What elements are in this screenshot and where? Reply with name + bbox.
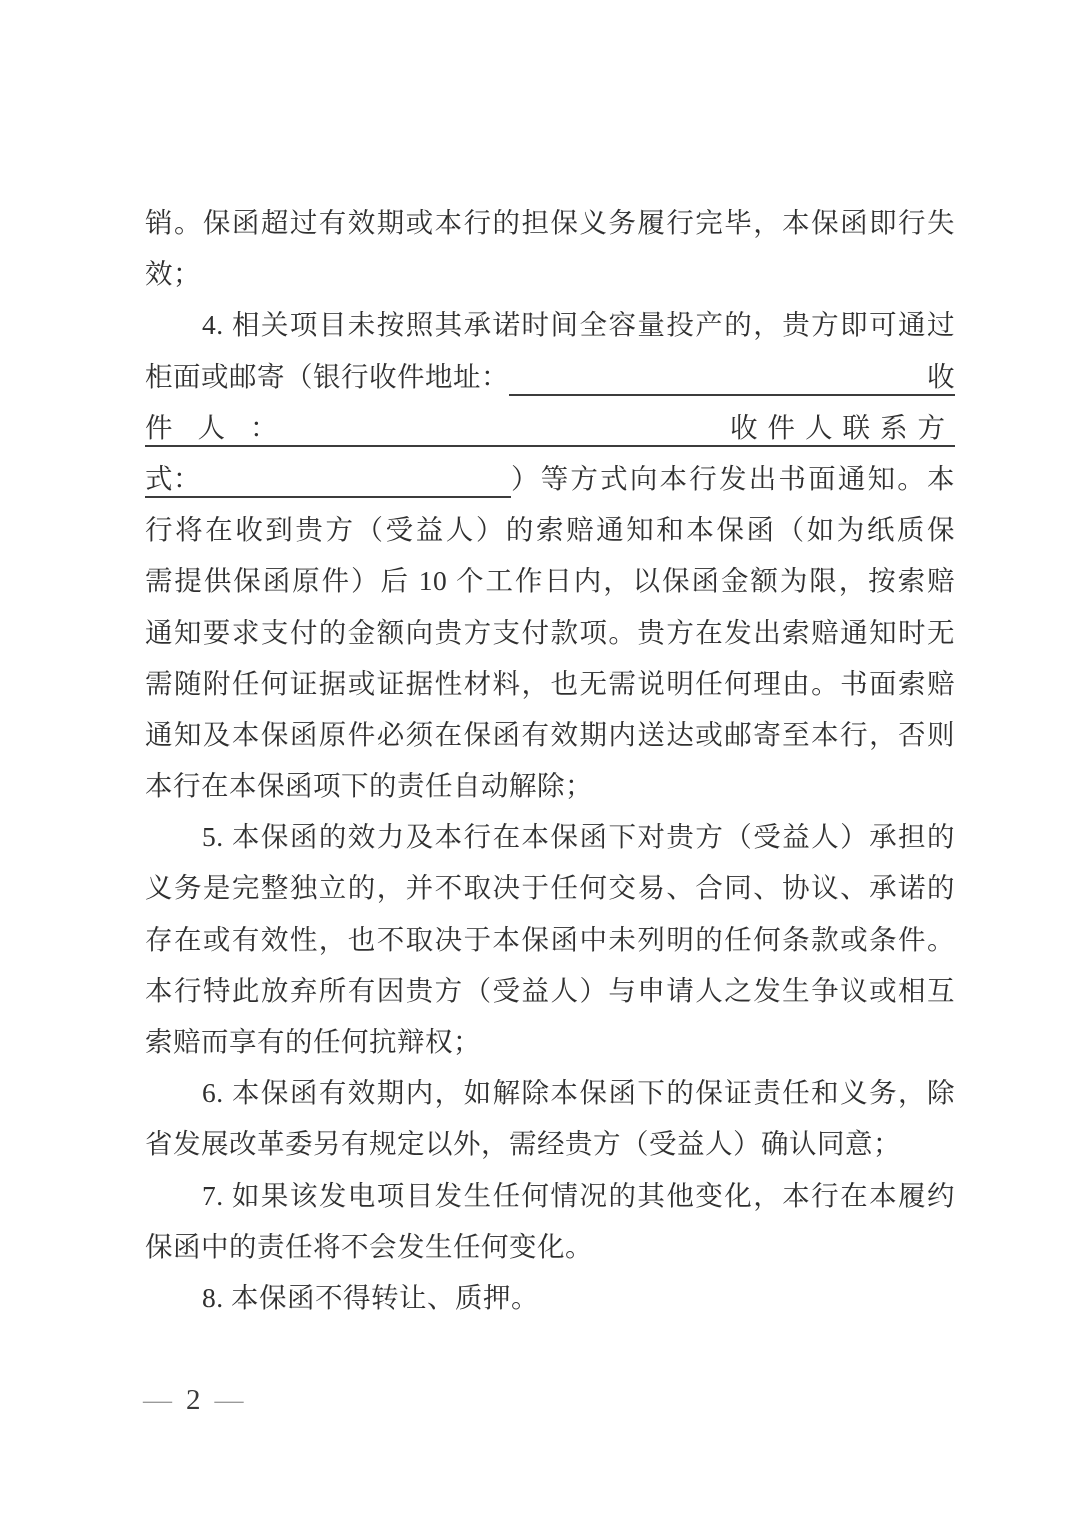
document-page: 销。保函超过有效期或本行的担保义务履行完毕，本保函即行失效；4. 相关项目未按照… bbox=[0, 0, 1080, 1527]
text-segment: ）等方式向本行发出书面通知。本 bbox=[511, 453, 955, 504]
footer-dash-right: — bbox=[215, 1374, 244, 1426]
text-line: 8. 本保函不得转让、质押。 bbox=[145, 1272, 955, 1323]
text-line: 义务是完整独立的，并不取决于任何交易、合同、协议、承诺的 bbox=[145, 862, 955, 913]
text-line: 本行在本保函项下的责任自动解除； bbox=[145, 760, 955, 811]
page-footer: — 2 — bbox=[143, 1374, 244, 1426]
text-line: 件人：收件人联系方 bbox=[145, 402, 955, 453]
recipient-name-blank-field bbox=[303, 402, 731, 453]
text-line: 5. 本保函的效力及本行在本保函下对贵方（受益人）承担的 bbox=[145, 811, 955, 862]
text-line: 存在或有效性，也不取决于本保函中未列明的任何条款或条件。 bbox=[145, 914, 955, 965]
text-line: 需随附任何证据或证据性材料，也无需说明任何理由。书面索赔 bbox=[145, 658, 955, 709]
text-line: 柜面或邮寄（银行收件地址：收 bbox=[145, 351, 955, 402]
text-segment: 件人： bbox=[145, 402, 303, 453]
text-line: 需提供保函原件）后 10 个工作日内，以保函金额为限，按索赔 bbox=[145, 555, 955, 606]
bank-address-blank-field bbox=[509, 351, 927, 402]
text-segment: 柜面或邮寄（银行收件地址： bbox=[145, 351, 509, 402]
text-segment: 收件人联系方 bbox=[730, 402, 955, 453]
text-line: 通知要求支付的金额向贵方支付款项。贵方在发出索赔通知时无 bbox=[145, 607, 955, 658]
text-line: 保函中的责任将不会发生任何变化。 bbox=[145, 1221, 955, 1272]
text-segment: 收 bbox=[927, 351, 955, 402]
page-number: 2 bbox=[186, 1374, 201, 1426]
text-line: 效； bbox=[145, 248, 955, 299]
text-line: 通知及本保函原件必须在保函有效期内送达或邮寄至本行，否则 bbox=[145, 709, 955, 760]
text-segment: 式： bbox=[145, 453, 201, 504]
text-line: 索赔而享有的任何抗辩权； bbox=[145, 1016, 955, 1067]
contact-method-blank-field bbox=[201, 453, 511, 504]
document-body: 销。保函超过有效期或本行的担保义务履行完毕，本保函即行失效；4. 相关项目未按照… bbox=[145, 197, 955, 1323]
text-line: 4. 相关项目未按照其承诺时间全容量投产的，贵方即可通过 bbox=[145, 299, 955, 350]
text-line: 省发展改革委另有规定以外，需经贵方（受益人）确认同意； bbox=[145, 1118, 955, 1169]
text-line: 6. 本保函有效期内，如解除本保函下的保证责任和义务，除 bbox=[145, 1067, 955, 1118]
text-line: 7. 如果该发电项目发生任何情况的其他变化，本行在本履约 bbox=[145, 1170, 955, 1221]
text-line: 行将在收到贵方（受益人）的索赔通知和本保函（如为纸质保函， bbox=[145, 504, 955, 555]
text-line: 式：）等方式向本行发出书面通知。本 bbox=[145, 453, 955, 504]
text-line: 本行特此放弃所有因贵方（受益人）与申请人之发生争议或相互 bbox=[145, 965, 955, 1016]
text-line: 销。保函超过有效期或本行的担保义务履行完毕，本保函即行失 bbox=[145, 197, 955, 248]
footer-dash-left: — bbox=[143, 1374, 172, 1426]
